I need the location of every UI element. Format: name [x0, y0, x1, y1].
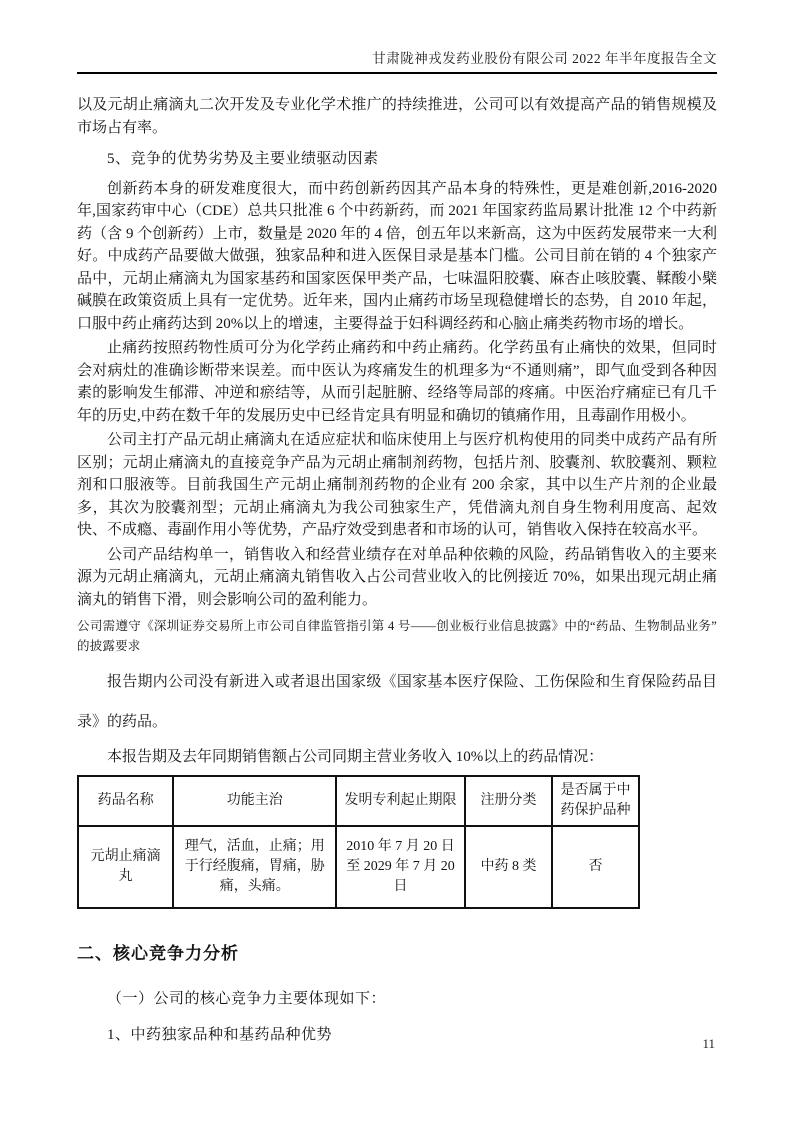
para-tcm-advantage: 1、中药独家品种和基药品种优势: [77, 1024, 717, 1047]
cell-function: 理气，活血，止痛；用于行经腹痛，胃痛，胁痛，头痛。: [173, 826, 336, 908]
table-row: 元胡止痛滴丸 理气，活血，止痛；用于行经腹痛，胃痛，胁痛，头痛。 2010 年 …: [78, 826, 639, 908]
cell-registration-class: 中药 8 类: [465, 826, 552, 908]
cell-patent-term: 2010 年 7 月 20 日至 2029 年 7 月 20 日: [336, 826, 465, 908]
para-product-structure: 公司产品结构单一，销售收入和经营业绩存在对单品种依赖的风险，药品销售收入的主要来…: [77, 544, 717, 612]
para-medical-insurance: 报告期内公司没有新进入或者退出国家级《国家基本医疗保险、工伤保险和生育保险药品目…: [77, 662, 717, 742]
note-disclosure-requirement: 公司需遵守《深圳证券交易所上市公司自律监管指引第 4 号——创业板行业信息披露》…: [77, 616, 717, 656]
cell-drug-name: 元胡止痛滴丸: [78, 826, 173, 908]
report-page: 甘肃陇神戎发药业股份有限公司 2022 年半年度报告全文 以及元胡止痛滴丸二次开…: [0, 0, 793, 1122]
section-heading-competition: 5、竞争的优势劣势及主要业绩驱动因素: [77, 148, 717, 171]
table-header-patent-term: 发明专利起止期限: [336, 776, 465, 826]
drug-info-table: 药品名称 功能主治 发明专利起止期限 注册分类 是否属于中药保护品种 元胡止痛滴…: [77, 775, 640, 909]
section-heading-core-competitiveness: 二、核心竞争力分析: [77, 939, 717, 964]
table-header-function: 功能主治: [173, 776, 336, 826]
table-header-registration-class: 注册分类: [465, 776, 552, 826]
page-header: 甘肃陇神戎发药业股份有限公司 2022 年半年度报告全文: [77, 50, 717, 74]
para-core-competitiveness-intro: （一）公司的核心竞争力主要体现如下：: [77, 988, 717, 1011]
para-painkiller-types: 止痛药按照药物性质可分为化学药止痛药和中药止痛药。化学药虽有止痛快的效果，但同时…: [77, 337, 717, 427]
page-number: 11: [702, 1036, 715, 1052]
para-continuation: 以及元胡止痛滴丸二次开发及专业化学术推广的持续推进，公司可以有效提高产品的销售规…: [77, 94, 717, 139]
para-drug-sales-intro: 本报告期及去年同期销售额占公司同期主营业务收入 10%以上的药品情况：: [77, 746, 717, 769]
table-header-row: 药品名称 功能主治 发明专利起止期限 注册分类 是否属于中药保护品种: [78, 776, 639, 826]
para-main-product: 公司主打产品元胡止痛滴丸在适应症状和临床使用上与医疗机构使用的同类中成药产品有所…: [77, 429, 717, 542]
table-header-tcm-protection: 是否属于中药保护品种: [552, 776, 639, 826]
table-header-drug-name: 药品名称: [78, 776, 173, 826]
para-innovation-drugs: 创新药本身的研发难度很大，而中药创新药因其产品本身的特殊性，更是难创新,2016…: [77, 178, 717, 336]
cell-tcm-protection: 否: [552, 826, 639, 908]
